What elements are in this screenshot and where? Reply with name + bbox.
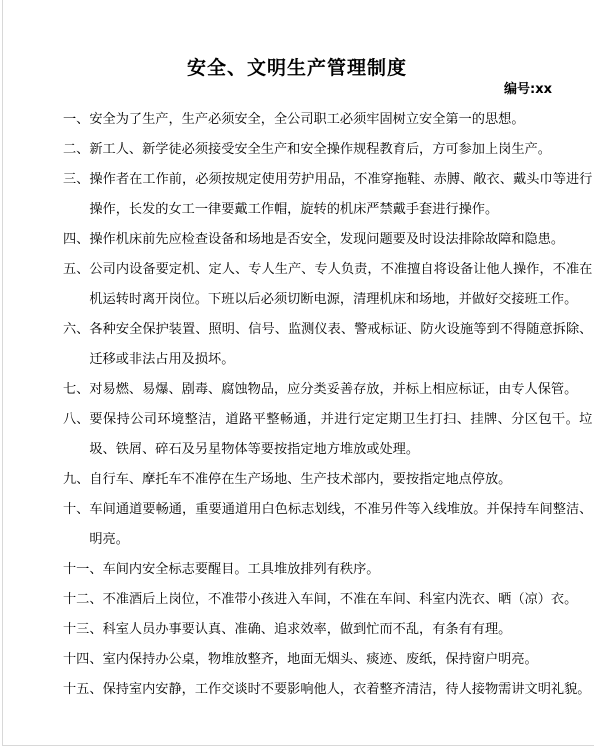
item-text: 各种安全保护装置、照明、信号、监测仪表、警戒标证、防火设施等到不得随意拆除、迁移… (89, 315, 592, 375)
list-item: 七、 对易燃、易爆、剧毒、腐蚀物品，应分类妥善存放，并标上相应标证，由专人保管。 (63, 375, 594, 405)
item-text: 操作机床前先应检查设备和场地是否安全，发现问题要及时设法排除故障和隐患。 (89, 225, 592, 255)
list-item: 十、 车间通道要畅通，重要通道用白色标志划线，不准另件等入线堆放。并保持车间整洁… (63, 495, 594, 555)
item-number: 十一、 (63, 555, 103, 585)
list-item: 十三、 科室人员办事要认真、准确、追求效率，做到忙而不乱，有条有有理。 (63, 615, 594, 645)
item-text: 操作者在工作前，必须按规定使用劳护用品，不准穿拖鞋、赤膊、敞衣、戴头巾等进行操作… (89, 165, 592, 225)
list-item: 六、 各种安全保护装置、照明、信号、监测仪表、警戒标证、防火设施等到不得随意拆除… (63, 315, 594, 375)
item-text: 车间内安全标志要醒目。工具堆放排列有秩序。 (103, 555, 594, 585)
list-item: 十四、 室内保持办公桌，物堆放整齐，地面无烟头、痰迹、废纸，保持窗户明亮。 (63, 645, 594, 675)
item-text: 室内保持办公桌，物堆放整齐，地面无烟头、痰迹、废纸，保持窗户明亮。 (103, 645, 594, 675)
item-text: 对易燃、易爆、剧毒、腐蚀物品，应分类妥善存放，并标上相应标证，由专人保管。 (89, 375, 592, 405)
item-text: 科室人员办事要认真、准确、追求效率，做到忙而不乱，有条有有理。 (103, 615, 594, 645)
list-item: 十五、 保持室内安静，工作交谈时不要影响他人，衣着整齐清洁，待人接物需讲文明礼貌… (63, 675, 594, 705)
list-item: 一、 安全为了生产，生产必须安全，全公司职工必须牢固树立安全第一的思想。 (63, 105, 594, 135)
document-page: 安全、文明生产管理制度 编号:xx 一、 安全为了生产，生产必须安全，全公司职工… (0, 0, 594, 748)
list-item: 五、 公司内设备要定机、定人、专人生产、专人负责，不准擅自将设备让他人操作，不准… (63, 255, 594, 315)
rules-list: 一、 安全为了生产，生产必须安全，全公司职工必须牢固树立安全第一的思想。 二、 … (0, 105, 594, 705)
item-text: 公司内设备要定机、定人、专人生产、专人负责，不准擅自将设备让他人操作，不准在机运… (89, 255, 592, 315)
list-item: 八、 要保持公司环境整洁，道路平整畅通，并进行定定期卫生打扫、挂牌、分区包干。垃… (63, 405, 594, 465)
item-number: 六、 (63, 315, 89, 345)
item-number: 十、 (63, 495, 89, 525)
page-title: 安全、文明生产管理制度 (0, 55, 594, 81)
list-item: 十一、 车间内安全标志要醒目。工具堆放排列有秩序。 (63, 555, 594, 585)
list-item: 二、 新工人、新学徒必须接受安全生产和安全操作规程教育后，方可参加上岗生产。 (63, 135, 594, 165)
item-text: 自行车、摩托车不准停在生产场地、生产技术部内，要按指定地点停放。 (89, 465, 592, 495)
item-number: 五、 (63, 255, 89, 285)
item-text: 安全为了生产，生产必须安全，全公司职工必须牢固树立安全第一的思想。 (89, 105, 592, 135)
item-text: 车间通道要畅通，重要通道用白色标志划线，不准另件等入线堆放。并保持车间整洁、明亮… (89, 495, 592, 555)
item-number: 三、 (63, 165, 89, 195)
item-text: 新工人、新学徒必须接受安全生产和安全操作规程教育后，方可参加上岗生产。 (89, 135, 592, 165)
item-number: 十五、 (63, 675, 103, 705)
list-item: 三、 操作者在工作前，必须按规定使用劳护用品，不准穿拖鞋、赤膊、敞衣、戴头巾等进… (63, 165, 594, 225)
list-item: 九、 自行车、摩托车不准停在生产场地、生产技术部内，要按指定地点停放。 (63, 465, 594, 495)
item-number: 九、 (63, 465, 89, 495)
item-number: 十二、 (63, 585, 103, 615)
item-number: 八、 (63, 405, 89, 435)
list-item: 四、 操作机床前先应检查设备和场地是否安全，发现问题要及时设法排除故障和隐患。 (63, 225, 594, 255)
item-number: 二、 (63, 135, 89, 165)
item-number: 七、 (63, 375, 89, 405)
item-text: 保持室内安静，工作交谈时不要影响他人，衣着整齐清洁，待人接物需讲文明礼貌。 (103, 675, 594, 705)
item-text: 要保持公司环境整洁，道路平整畅通，并进行定定期卫生打扫、挂牌、分区包干。垃圾、铁… (89, 405, 592, 465)
item-text: 不准酒后上岗位，不准带小孩进入车间，不准在车间、科室内洗衣、晒（凉）衣。 (103, 585, 594, 615)
item-number: 一、 (63, 105, 89, 135)
item-number: 十三、 (63, 615, 103, 645)
page-edge-left (2, 0, 3, 746)
item-number: 四、 (63, 225, 89, 255)
doc-number: 编号:xx (0, 81, 594, 99)
item-number: 十四、 (63, 645, 103, 675)
list-item: 十二、 不准酒后上岗位，不准带小孩进入车间，不准在车间、科室内洗衣、晒（凉）衣。 (63, 585, 594, 615)
page-edge-bottom (2, 745, 594, 746)
